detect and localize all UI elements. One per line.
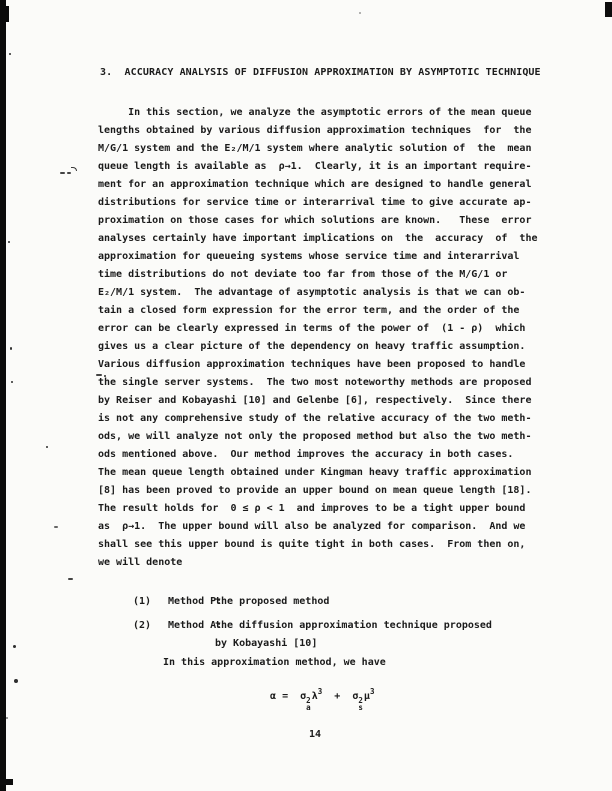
text-line: by Reiser and Kobayashi [10] and Gelenbe… [98, 392, 538, 410]
list-item-number: (2) [133, 617, 151, 635]
page-number: 14 [309, 726, 321, 744]
text-line: analyses certainly have important implic… [98, 230, 538, 248]
text-line: error can be clearly expressed in terms … [98, 320, 538, 338]
scan-margin-mark [71, 167, 77, 171]
formula-alpha: α = σ2aλ3 + σ2sμ3 [270, 687, 374, 707]
text-line: M/G/1 system and the E₂/M/1 system where… [98, 140, 538, 158]
scan-corner-mark-top-right [605, 2, 612, 17]
text-line: approximation for queueing systems whose… [98, 248, 538, 266]
scan-speck [13, 645, 16, 648]
text-line: The result holds for 0 ≤ ρ < 1 and impro… [98, 500, 538, 518]
list-item-description: the proposed method [215, 593, 329, 611]
scanned-paper-page: 3. ACCURACY ANALYSIS OF DIFFUSION APPROX… [0, 0, 612, 791]
text-line: the single server systems. The two most … [98, 374, 538, 392]
text-line: queue length is available as ρ→1. Clearl… [98, 158, 538, 176]
formula-exponent: 3 [370, 687, 375, 696]
formula-supsub-a: 2a [306, 698, 311, 711]
list-item-description: the diffusion approximation technique pr… [215, 617, 492, 635]
text-line: shall see this upper bound is quite tigh… [98, 536, 538, 554]
closing-sentence: In this approximation method, we have [163, 654, 386, 672]
text-line: we will denote [98, 554, 538, 572]
scan-speck [10, 347, 12, 350]
scan-speck [6, 717, 8, 719]
scan-speck [14, 679, 18, 683]
text-line: [8] has been proved to provide an upper … [98, 482, 538, 500]
text-line: ods mentioned above. Our method improves… [98, 446, 538, 464]
scan-speck [54, 526, 58, 528]
text-line: proximation on those cases for which sol… [98, 212, 538, 230]
text-line: tain a closed form expression for the er… [98, 302, 538, 320]
scan-speck [359, 12, 361, 14]
text-line: is not any comprehensive study of the re… [98, 410, 538, 428]
scan-speck [68, 578, 73, 580]
scan-corner-mark-bottom-left [0, 779, 13, 785]
scan-speck [9, 53, 11, 55]
main-paragraph: In this section, we analyze the asymptot… [98, 104, 538, 572]
scan-edge-bump [0, 6, 9, 22]
text-line: gives us a clear picture of the dependen… [98, 338, 538, 356]
scan-margin-mark [67, 172, 71, 174]
scan-margin-mark [60, 172, 65, 174]
text-line: lengths obtained by various diffusion ap… [98, 122, 538, 140]
list-item-number: (1) [133, 593, 151, 611]
formula-supsub-s: 2s [358, 698, 363, 711]
text-line: In this section, we analyze the asymptot… [98, 104, 538, 122]
list-item-description-cont: by Kobayashi [10] [215, 635, 317, 653]
scan-speck [46, 446, 48, 448]
text-line: The mean queue length obtained under Kin… [98, 464, 538, 482]
text-line: E₂/M/1 system. The advantage of asymptot… [98, 284, 538, 302]
text-line: Various diffusion approximation techniqu… [98, 356, 538, 374]
text-line: ods, we will analyze not only the propos… [98, 428, 538, 446]
text-line: time distributions do not deviate too fa… [98, 266, 538, 284]
scan-edge-strip [0, 0, 6, 791]
text-line: ment for an approximation technique whic… [98, 176, 538, 194]
text-line: as ρ→1. The upper bound will also be ana… [98, 518, 538, 536]
scan-speck [8, 241, 10, 243]
scan-speck [11, 381, 13, 383]
section-heading: 3. ACCURACY ANALYSIS OF DIFFUSION APPROX… [100, 64, 541, 82]
text-line: distributions for service time or intera… [98, 194, 538, 212]
